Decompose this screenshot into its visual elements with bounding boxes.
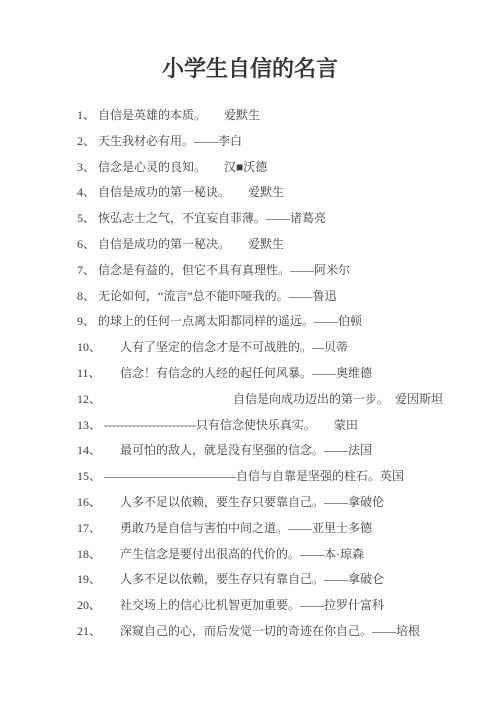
list-item: 17、勇敢乃是自信与害怕中间之道。——亚里士多德 [77, 516, 463, 542]
item-text: 社交场上的信心比机智更加重要。——拉罗什富科 [120, 593, 384, 619]
item-number: 17、 [77, 516, 120, 542]
item-text: 信念是心灵的良知。 汉■沃德 [98, 155, 267, 181]
list-item: 14、最可怕的敌人，就是没有坚强的信念。——法国 [77, 438, 463, 464]
item-number: 20、 [77, 593, 120, 619]
item-number: 5、 [77, 206, 98, 232]
list-item: 19、人多不足以依赖，要生存只有靠自己。——拿破仑 [77, 567, 463, 593]
list-item: 13、-----------------------只有信念使快乐真实。 蒙田 [77, 413, 463, 439]
item-number: 21、 [77, 619, 120, 645]
list-item: 2、天生我材必有用。——李白 [77, 129, 463, 155]
item-text: 无论如何，“流言”总不能吓哑我的。——鲁迅 [98, 284, 337, 310]
item-text: 产生信念是要付出很高的代价的。——本·琼森 [120, 542, 364, 568]
item-text: 人多不足以依赖，要生存只要靠自己。——拿破伦 [120, 490, 384, 516]
item-text: 人多不足以依赖，要生存只有靠自己。——拿破仑 [120, 567, 384, 593]
list-item: 16、人多不足以依赖，要生存只要靠自己。——拿破伦 [77, 490, 463, 516]
item-number: 11、 [77, 361, 120, 387]
item-number: 15、 [77, 464, 104, 490]
list-item: 11、信念！有信念的人经的起任何风暴。——奥维德 [77, 361, 463, 387]
item-number: 7、 [77, 258, 98, 284]
item-text: 最可怕的敌人，就是没有坚强的信念。——法国 [120, 438, 372, 464]
item-text: 自信是成功的第一秘决。 爱默生 [98, 232, 284, 258]
item-number: 16、 [77, 490, 120, 516]
item-text: 信念！有信念的人经的起任何风暴。——奥维德 [120, 361, 372, 387]
item-number: 10、 [77, 335, 120, 361]
item-number: 3、 [77, 155, 98, 181]
item-number: 13、 [77, 413, 104, 439]
item-number: 19、 [77, 567, 120, 593]
list-item: 10、人有了坚定的信念才是不可战胜的。—贝蒂 [77, 335, 463, 361]
item-number: 8、 [77, 284, 98, 310]
list-item: 1、自信是英雄的本质。 爱默生 [77, 103, 463, 129]
list-item: 3、信念是心灵的良知。 汉■沃德 [77, 155, 463, 181]
list-item: 9、的球上的任何一点离太阳都同样的遥远。——伯顿 [77, 309, 463, 335]
list-item: 6、自信是成功的第一秘决。 爱默生 [77, 232, 463, 258]
quote-list: 1、自信是英雄的本质。 爱默生2、天生我材必有用。——李白3、信念是心灵的良知。… [77, 103, 463, 645]
list-item: 18、产生信念是要付出很高的代价的。——本·琼森 [77, 542, 463, 568]
item-text: 自信是向成功迈出的第一步。 爱因斯坦 [120, 387, 463, 413]
item-number: 1、 [77, 103, 98, 129]
list-item: 20、社交场上的信心比机智更加重要。——拉罗什富科 [77, 593, 463, 619]
document-page: 小学生自信的名言 1、自信是英雄的本质。 爱默生2、天生我材必有用。——李白3、… [0, 0, 500, 707]
item-text: -----------------------只有信念使快乐真实。 蒙田 [104, 413, 358, 439]
item-number: 18、 [77, 542, 120, 568]
item-text: 勇敢乃是自信与害怕中间之道。——亚里士多德 [120, 516, 372, 542]
list-item: 7、信念是有益的，但它不具有真理性。——阿米尔 [77, 258, 463, 284]
list-item: 21、深窥自己的心，而后发觉一切的奇迹在你自己。——培根 [77, 619, 463, 645]
item-number: 9、 [77, 309, 98, 335]
item-text: ———————————自信与自靠是坚强的柱石。英国 [104, 464, 404, 490]
item-number: 12、 [77, 387, 120, 413]
item-number: 6、 [77, 232, 98, 258]
list-item: 15、———————————自信与自靠是坚强的柱石。英国 [77, 464, 463, 490]
item-text: 恢弘志士之气，不宜妄自菲薄。——诸葛亮 [98, 206, 326, 232]
item-text: 深窥自己的心，而后发觉一切的奇迹在你自己。——培根 [120, 619, 420, 645]
list-item: 5、恢弘志士之气，不宜妄自菲薄。——诸葛亮 [77, 206, 463, 232]
item-number: 4、 [77, 180, 98, 206]
item-number: 14、 [77, 438, 120, 464]
item-text: 天生我材必有用。——李白 [98, 129, 242, 155]
list-item: 12、自信是向成功迈出的第一步。 爱因斯坦 [77, 387, 463, 413]
item-text: 的球上的任何一点离太阳都同样的遥远。——伯顿 [98, 309, 362, 335]
list-item: 8、无论如何，“流言”总不能吓哑我的。——鲁迅 [77, 284, 463, 310]
item-text: 自信是英雄的本质。 爱默生 [98, 103, 260, 129]
item-text: 自信是成功的第一秘诀。 爱默生 [98, 180, 284, 206]
list-item: 4、自信是成功的第一秘诀。 爱默生 [77, 180, 463, 206]
item-text: 信念是有益的，但它不具有真理性。——阿米尔 [98, 258, 350, 284]
item-text: 人有了坚定的信念才是不可战胜的。—贝蒂 [120, 335, 348, 361]
item-number: 2、 [77, 129, 98, 155]
page-title: 小学生自信的名言 [0, 52, 500, 83]
